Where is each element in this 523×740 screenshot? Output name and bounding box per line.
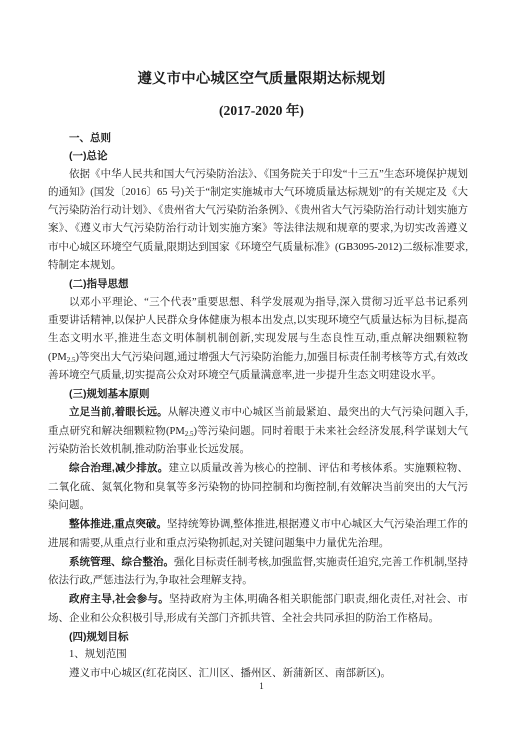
heading-basic-principles: (三)规划基本原则: [48, 385, 468, 403]
paragraph-principle-government-led: 政府主导,社会参与。坚持政府为主体,明确各相关职能部门职责,细化责任,对社会、市…: [48, 590, 468, 628]
document-title: 遵义市中心城区空气质量限期达标规划: [0, 69, 523, 89]
paragraph-principle-comprehensive-control: 综合治理,减少排放。建立以质量改善为核心的控制、评估和考核体系。实施颗粒物、二氧…: [48, 459, 468, 515]
heading-planning-goals: (四)规划目标: [48, 628, 468, 646]
page-number: 1: [0, 680, 523, 692]
principle-system-management-lead: 系统管理、综合整治。: [69, 556, 174, 568]
document-subtitle: (2017-2020 年): [0, 101, 523, 121]
principle-comprehensive-control-lead: 综合治理,减少排放。: [69, 462, 168, 474]
paragraph-scope-label: 1、规划范围: [48, 646, 468, 664]
paragraph-principle-overall-advance: 整体推进,重点突破。坚持统筹协调,整体推进,根据遵义市中心城区大气污染治理工作的…: [48, 515, 468, 553]
paragraph-principle-focus-current: 立足当前,着眼长远。从解决遵义市中心城区当前最紧迫、最突出的大气污染问题入手,重…: [48, 403, 468, 459]
paragraph-guiding-ideology: 以邓小平理论、“三个代表”重要思想、科学发展观为指导,深入贯彻习近平总书记系列重…: [48, 294, 468, 385]
principle-government-led-lead: 政府主导,社会参与。: [69, 593, 169, 605]
document-body: 一、总则 (一)总论 依据《中华人民共和国大气污染防治法》、《国务院关于印发“十…: [48, 129, 468, 683]
document-page: 遵义市中心城区空气质量限期达标规划 (2017-2020 年) 一、总则 (一)…: [0, 0, 523, 740]
heading-general-provisions: 一、总则: [48, 129, 468, 147]
paragraph-overview: 依据《中华人民共和国大气污染防治法》、《国务院关于印发“十三五”生态环境保护规划…: [48, 166, 468, 276]
principle-focus-current-lead: 立足当前,着眼长远。: [69, 406, 168, 418]
heading-overview: (一)总论: [48, 147, 468, 165]
guiding-ideology-text-after-pm25: )等突出大气污染问题,通过增强大气污染防治能力,加强目标责任制考核等方式,有效改…: [48, 352, 468, 381]
paragraph-principle-system-management: 系统管理、综合整治。强化目标责任制考核,加强监督,实施责任追究,完善工作机制,坚…: [48, 553, 468, 591]
heading-guiding-ideology: (二)指导思想: [48, 275, 468, 293]
principle-overall-advance-lead: 整体推进,重点突破。: [69, 518, 167, 530]
